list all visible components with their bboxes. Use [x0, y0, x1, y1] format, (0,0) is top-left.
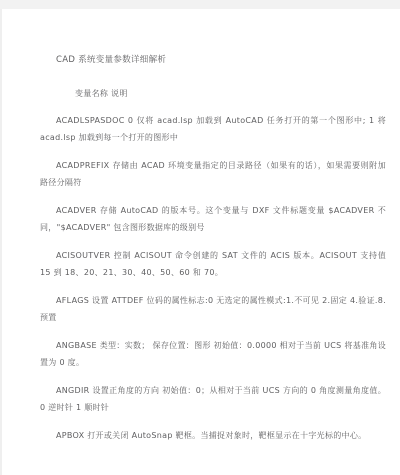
paragraph-angbase: ANGBASE 类型：实数； 保存位置：图形 初始值：0.0000 相对于当前 … [40, 337, 386, 371]
paragraph-aflags: AFLAGS 设置 ATTDEF 位码的属性标志:0 无选定的属性模式:1.不可… [40, 292, 386, 326]
column-headers-line: 变量名称 说明 [75, 85, 386, 102]
paragraph-acadprefix: ACADPREFIX 存储由 ACAD 环境变量指定的目录路径（如果有的话），如… [40, 157, 386, 191]
paragraph-acisoutver: ACISOUTVER 控制 ACISOUT 命令创建的 SAT 文件的 ACIS… [40, 247, 386, 281]
document-content: CAD 系统变量参数详细解析 变量名称 说明 ACADLSPASDOC 0 仅将… [40, 52, 386, 455]
document-page: CAD 系统变量参数详细解析 变量名称 说明 ACADLSPASDOC 0 仅将… [2, 9, 400, 475]
paragraph-angdir: ANGDIR 设置正角度的方向 初始值：0；从相对于当前 UCS 方向的 0 角… [40, 382, 386, 416]
paragraph-apbox: APBOX 打开或关闭 AutoSnap 靶框。当捕捉对象时，靶框显示在十字光标… [40, 427, 386, 444]
paragraph-acadlspasdoc: ACADLSPASDOC 0 仅将 acad.lsp 加载到 AutoCAD 任… [40, 112, 386, 146]
document-title: CAD 系统变量参数详细解析 [40, 52, 386, 69]
paragraph-acadver: ACADVER 存储 AutoCAD 的版本号。这个变量与 DXF 文件标题变量… [40, 202, 386, 236]
